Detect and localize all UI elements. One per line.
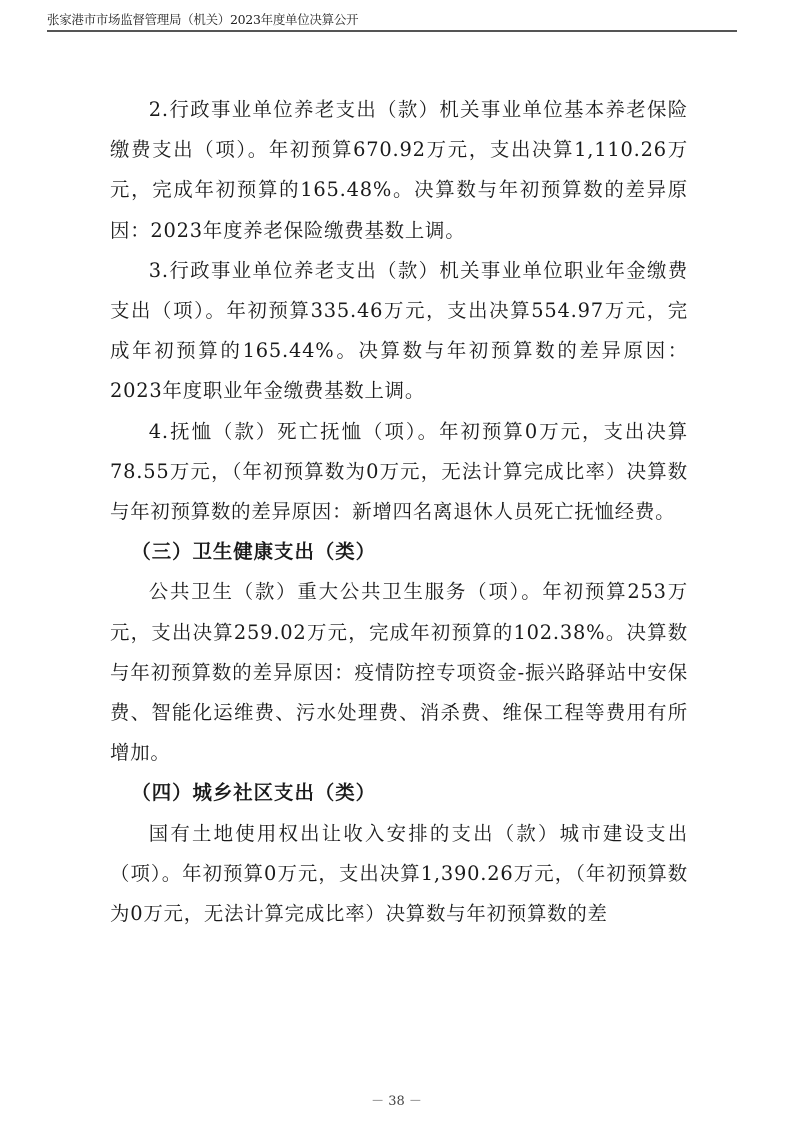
section-heading-urban-rural: （四）城乡社区支出（类） bbox=[110, 773, 688, 813]
document-body: 2.行政事业单位养老支出（款）机关事业单位基本养老保险缴费支出（项）。年初预算6… bbox=[110, 90, 688, 934]
paragraph-death-pension: 4.抚恤（款）死亡抚恤（项）。年初预算0万元，支出决算78.55万元，（年初预算… bbox=[110, 412, 688, 533]
paragraph-pension-basic: 2.行政事业单位养老支出（款）机关事业单位基本养老保险缴费支出（项）。年初预算6… bbox=[110, 90, 688, 251]
section-heading-health: （三）卫生健康支出（类） bbox=[110, 532, 688, 572]
paragraph-public-health: 公共卫生（款）重大公共卫生服务（项）。年初预算253万元，支出决算259.02万… bbox=[110, 572, 688, 773]
page-header: 张家港市市场监督管理局（机关）2023年度单位决算公开 bbox=[47, 10, 737, 32]
paragraph-pension-annuity: 3.行政事业单位养老支出（款）机关事业单位职业年金缴费支出（项）。年初预算335… bbox=[110, 251, 688, 412]
header-title: 张家港市市场监督管理局（机关）2023年度单位决算公开 bbox=[47, 10, 358, 28]
paragraph-urban-construction: 国有土地使用权出让收入安排的支出（款）城市建设支出（项）。年初预算0万元，支出决… bbox=[110, 814, 688, 935]
page-number: － 38 － bbox=[0, 1090, 793, 1109]
